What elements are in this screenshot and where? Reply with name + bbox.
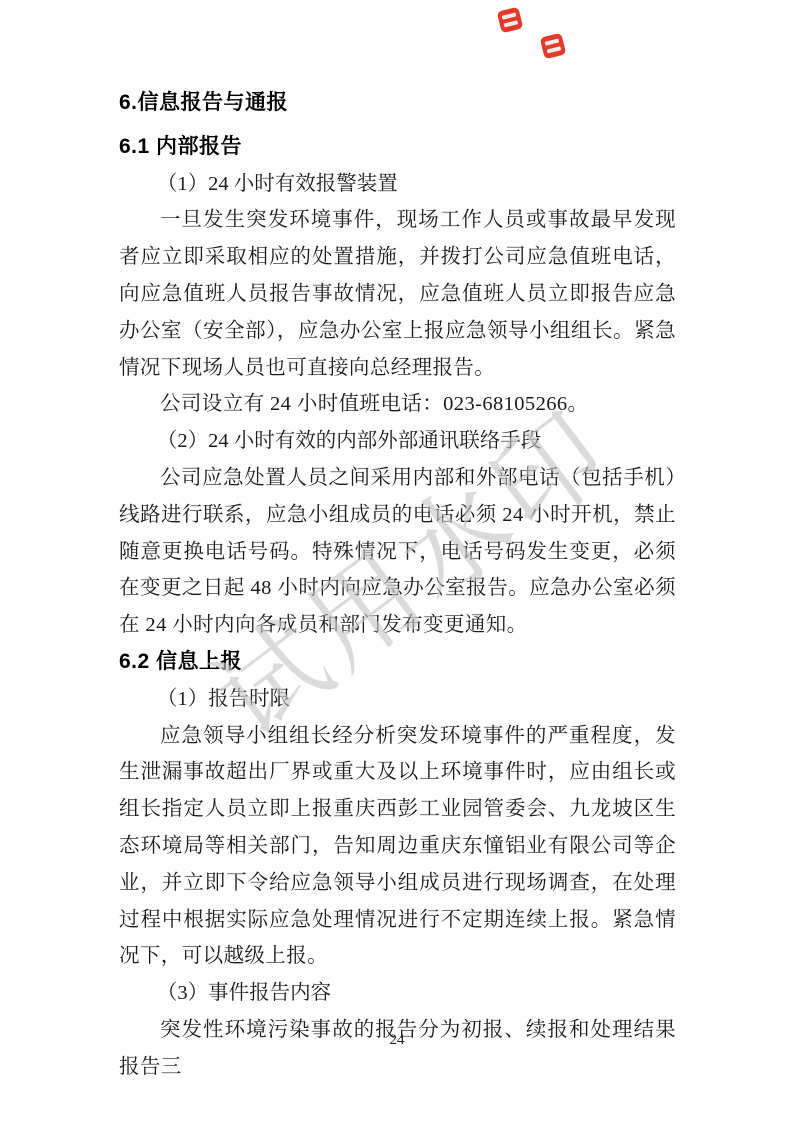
paragraph-duty-phone: 公司设立有 24 小时值班电话：023-68105266。 (119, 386, 676, 423)
section-heading-6-1: 6.1 内部报告 (119, 129, 676, 166)
page-number: 24 (0, 1032, 794, 1049)
section-heading-6-2: 6.2 信息上报 (119, 644, 676, 681)
document-content: 6.信息报告与通报 6.1 内部报告 （1）24 小时有效报警装置 一旦发生突发… (119, 0, 676, 1086)
subitem-3-report-content: （3）事件报告内容 (119, 975, 676, 1012)
paragraph-internal-report: 一旦发生突发环境事件，现场工作人员或事故最早发现者应立即采取相应的处置措施，并拨… (119, 202, 676, 386)
subitem-1-report-time: （1）报告时限 (119, 681, 676, 718)
subitem-2-communication: （2）24 小时有效的内部外部通讯联络手段 (119, 423, 676, 460)
paragraph-report-upward: 应急领导小组组长经分析突发环境事件的严重程度，发生泄漏事故超出厂界或重大及以上环… (119, 718, 676, 976)
subitem-1-alarm-device: （1）24 小时有效报警装置 (119, 166, 676, 203)
section-heading-6: 6.信息报告与通报 (119, 85, 676, 122)
paragraph-phone-rules: 公司应急处置人员之间采用内部和外部电话（包括手机）线路进行联系，应急小组成员的电… (119, 460, 676, 644)
document-page: 试用水印 6.信息报告与通报 6.1 内部报告 （1）24 小时有效报警装置 一… (0, 0, 794, 1123)
